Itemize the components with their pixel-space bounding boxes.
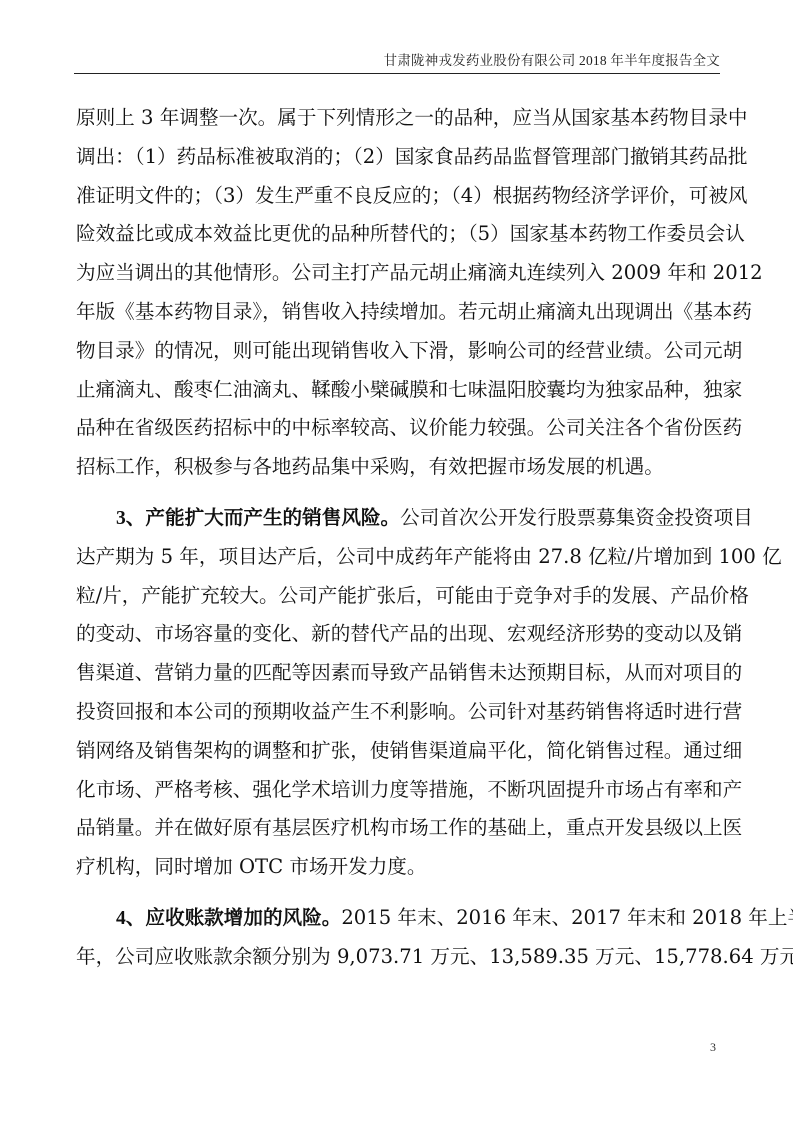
document-body: 原则上 3 年调整一次。属于下列情形之一的品种，应当从国家基本药物目录中 调出：… [76,99,720,977]
text-line: 物目录》的情况，则可能出现销售收入下滑，影响公司的经营业绩。公司元胡 [76,332,720,371]
text-line: 4、应收账款增加的风险。2015 年末、2016 年末、2017 年末和 201… [76,899,720,938]
section-heading-capacity-risk: 3、产能扩大而产生的销售风险。 [116,508,400,529]
text-line: 品种在省级医药招标中的中标率较高、议价能力较强。公司关注各个省份医药 [76,409,720,448]
text-line: 达产期为 5 年，项目达产后，公司中成药年产能将由 27.8 亿粒/片增加到 1… [76,538,720,577]
text-line: 原则上 3 年调整一次。属于下列情形之一的品种，应当从国家基本药物目录中 [76,99,720,138]
text-line: 招标工作，积极参与各地药品集中采购，有效把握市场发展的机遇。 [76,448,720,487]
paragraph-basic-drug-list: 原则上 3 年调整一次。属于下列情形之一的品种，应当从国家基本药物目录中 调出：… [76,99,720,487]
text-line: 的变动、市场容量的变化、新的替代产品的出现、宏观经济形势的变动以及销 [76,615,720,654]
text-line: 险效益比或成本效益比更优的品种所替代的；（5）国家基本药物工作委员会认 [76,215,720,254]
page-header: 甘肃陇神戎发药业股份有限公司 2018 年半年度报告全文 [74,44,720,74]
text-line: 售渠道、营销力量的匹配等因素而导致产品销售未达预期目标，从而对项目的 [76,654,720,693]
text-line: 品销量。并在做好原有基层医疗机构市场工作的基础上，重点开发县级以上医 [76,809,720,848]
text-line: 投资回报和本公司的预期收益产生不利影响。公司针对基药销售将适时进行营 [76,693,720,732]
text-line: 化市场、严格考核、强化学术培训力度等措施，不断巩固提升市场占有率和产 [76,771,720,810]
section-heading-receivables-risk: 4、应收账款增加的风险。 [116,908,341,929]
text-line: 3、产能扩大而产生的销售风险。公司首次公开发行股票募集资金投资项目 [76,499,720,538]
paragraph-capacity-risk: 3、产能扩大而产生的销售风险。公司首次公开发行股票募集资金投资项目 达产期为 5… [76,499,720,887]
page-number: 3 [710,1040,716,1055]
report-title: 甘肃陇神戎发药业股份有限公司 2018 年半年度报告全文 [384,49,720,69]
text-line: 止痛滴丸、酸枣仁油滴丸、鞣酸小檗碱膜和七味温阳胶囊均为独家品种，独家 [76,371,720,410]
text-line: 粒/片，产能扩充较大。公司产能扩张后，可能由于竞争对手的发展、产品价格 [76,577,720,616]
text-line: 年版《基本药物目录》，销售收入持续增加。若元胡止痛滴丸出现调出《基本药 [76,293,720,332]
text-line: 销网络及销售架构的调整和扩张，使销售渠道扁平化，简化销售过程。通过细 [76,732,720,771]
text-line: 准证明文件的；（3）发生严重不良反应的；（4）根据药物经济学评价，可被风 [76,177,720,216]
text-line: 年，公司应收账款余额分别为 9,073.71 万元、13,589.35 万元、1… [76,938,720,977]
paragraph-receivables-risk: 4、应收账款增加的风险。2015 年末、2016 年末、2017 年末和 201… [76,899,720,977]
text-line: 疗机构，同时增加 OTC 市场开发力度。 [76,848,720,887]
text-line: 调出：（1）药品标准被取消的；（2）国家食品药品监督管理部门撤销其药品批 [76,138,720,177]
text-line: 为应当调出的其他情形。公司主打产品元胡止痛滴丸连续列入 2009 年和 2012 [76,254,720,293]
